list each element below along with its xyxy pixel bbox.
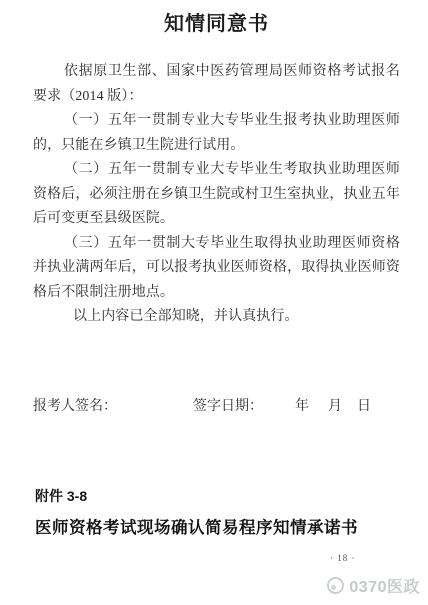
applicant-signature-label: 报考人签名： (33, 399, 117, 414)
document-page: 知情同意书 依据原卫生部、国家中医药管理局医师资格考试报名要求（2014 版）：… (0, 0, 428, 605)
document-body: 依据原卫生部、国家中医药管理局医师资格考试报名要求（2014 版）： （一）五年… (33, 60, 400, 330)
clause-3-paragraph: （三）五年一贯制大专毕业生取得执业助理医师资格并执业满两年后，可以报考执业医师资… (33, 232, 400, 306)
month-label: 月 (328, 399, 342, 414)
watermark-text: 0370医政 (349, 574, 420, 597)
next-section-title: 医师资格考试现场确认简易程序知情承诺书 (35, 514, 358, 538)
acknowledgement-line: 以上内容已全部知晓，并认真执行。 (33, 305, 400, 330)
signature-row: 报考人签名：签字日期：年月日 (33, 395, 400, 415)
logo-dot (331, 585, 336, 590)
day-label: 日 (357, 399, 371, 414)
page-title: 知情同意书 (33, 12, 400, 36)
watermark: 0370医政 (327, 574, 420, 597)
circle-logo-icon (327, 577, 344, 594)
attachment-label: 附件 3-8 (35, 486, 87, 506)
sign-date-label: 签字日期： (193, 399, 263, 414)
clause-1-paragraph: （一）五年一贯制专业大专毕业生报考执业助理医师的，只能在乡镇卫生院进行试用。 (33, 109, 400, 158)
page-number: · 18 · (330, 553, 356, 563)
clause-2-paragraph: （二）五年一贯制专业大专毕业生考取执业助理医师资格后，必须注册在乡镇卫生院或村卫… (33, 158, 400, 232)
intro-paragraph: 依据原卫生部、国家中医药管理局医师资格考试报名要求（2014 版）： (33, 60, 400, 109)
year-label: 年 (295, 399, 309, 414)
